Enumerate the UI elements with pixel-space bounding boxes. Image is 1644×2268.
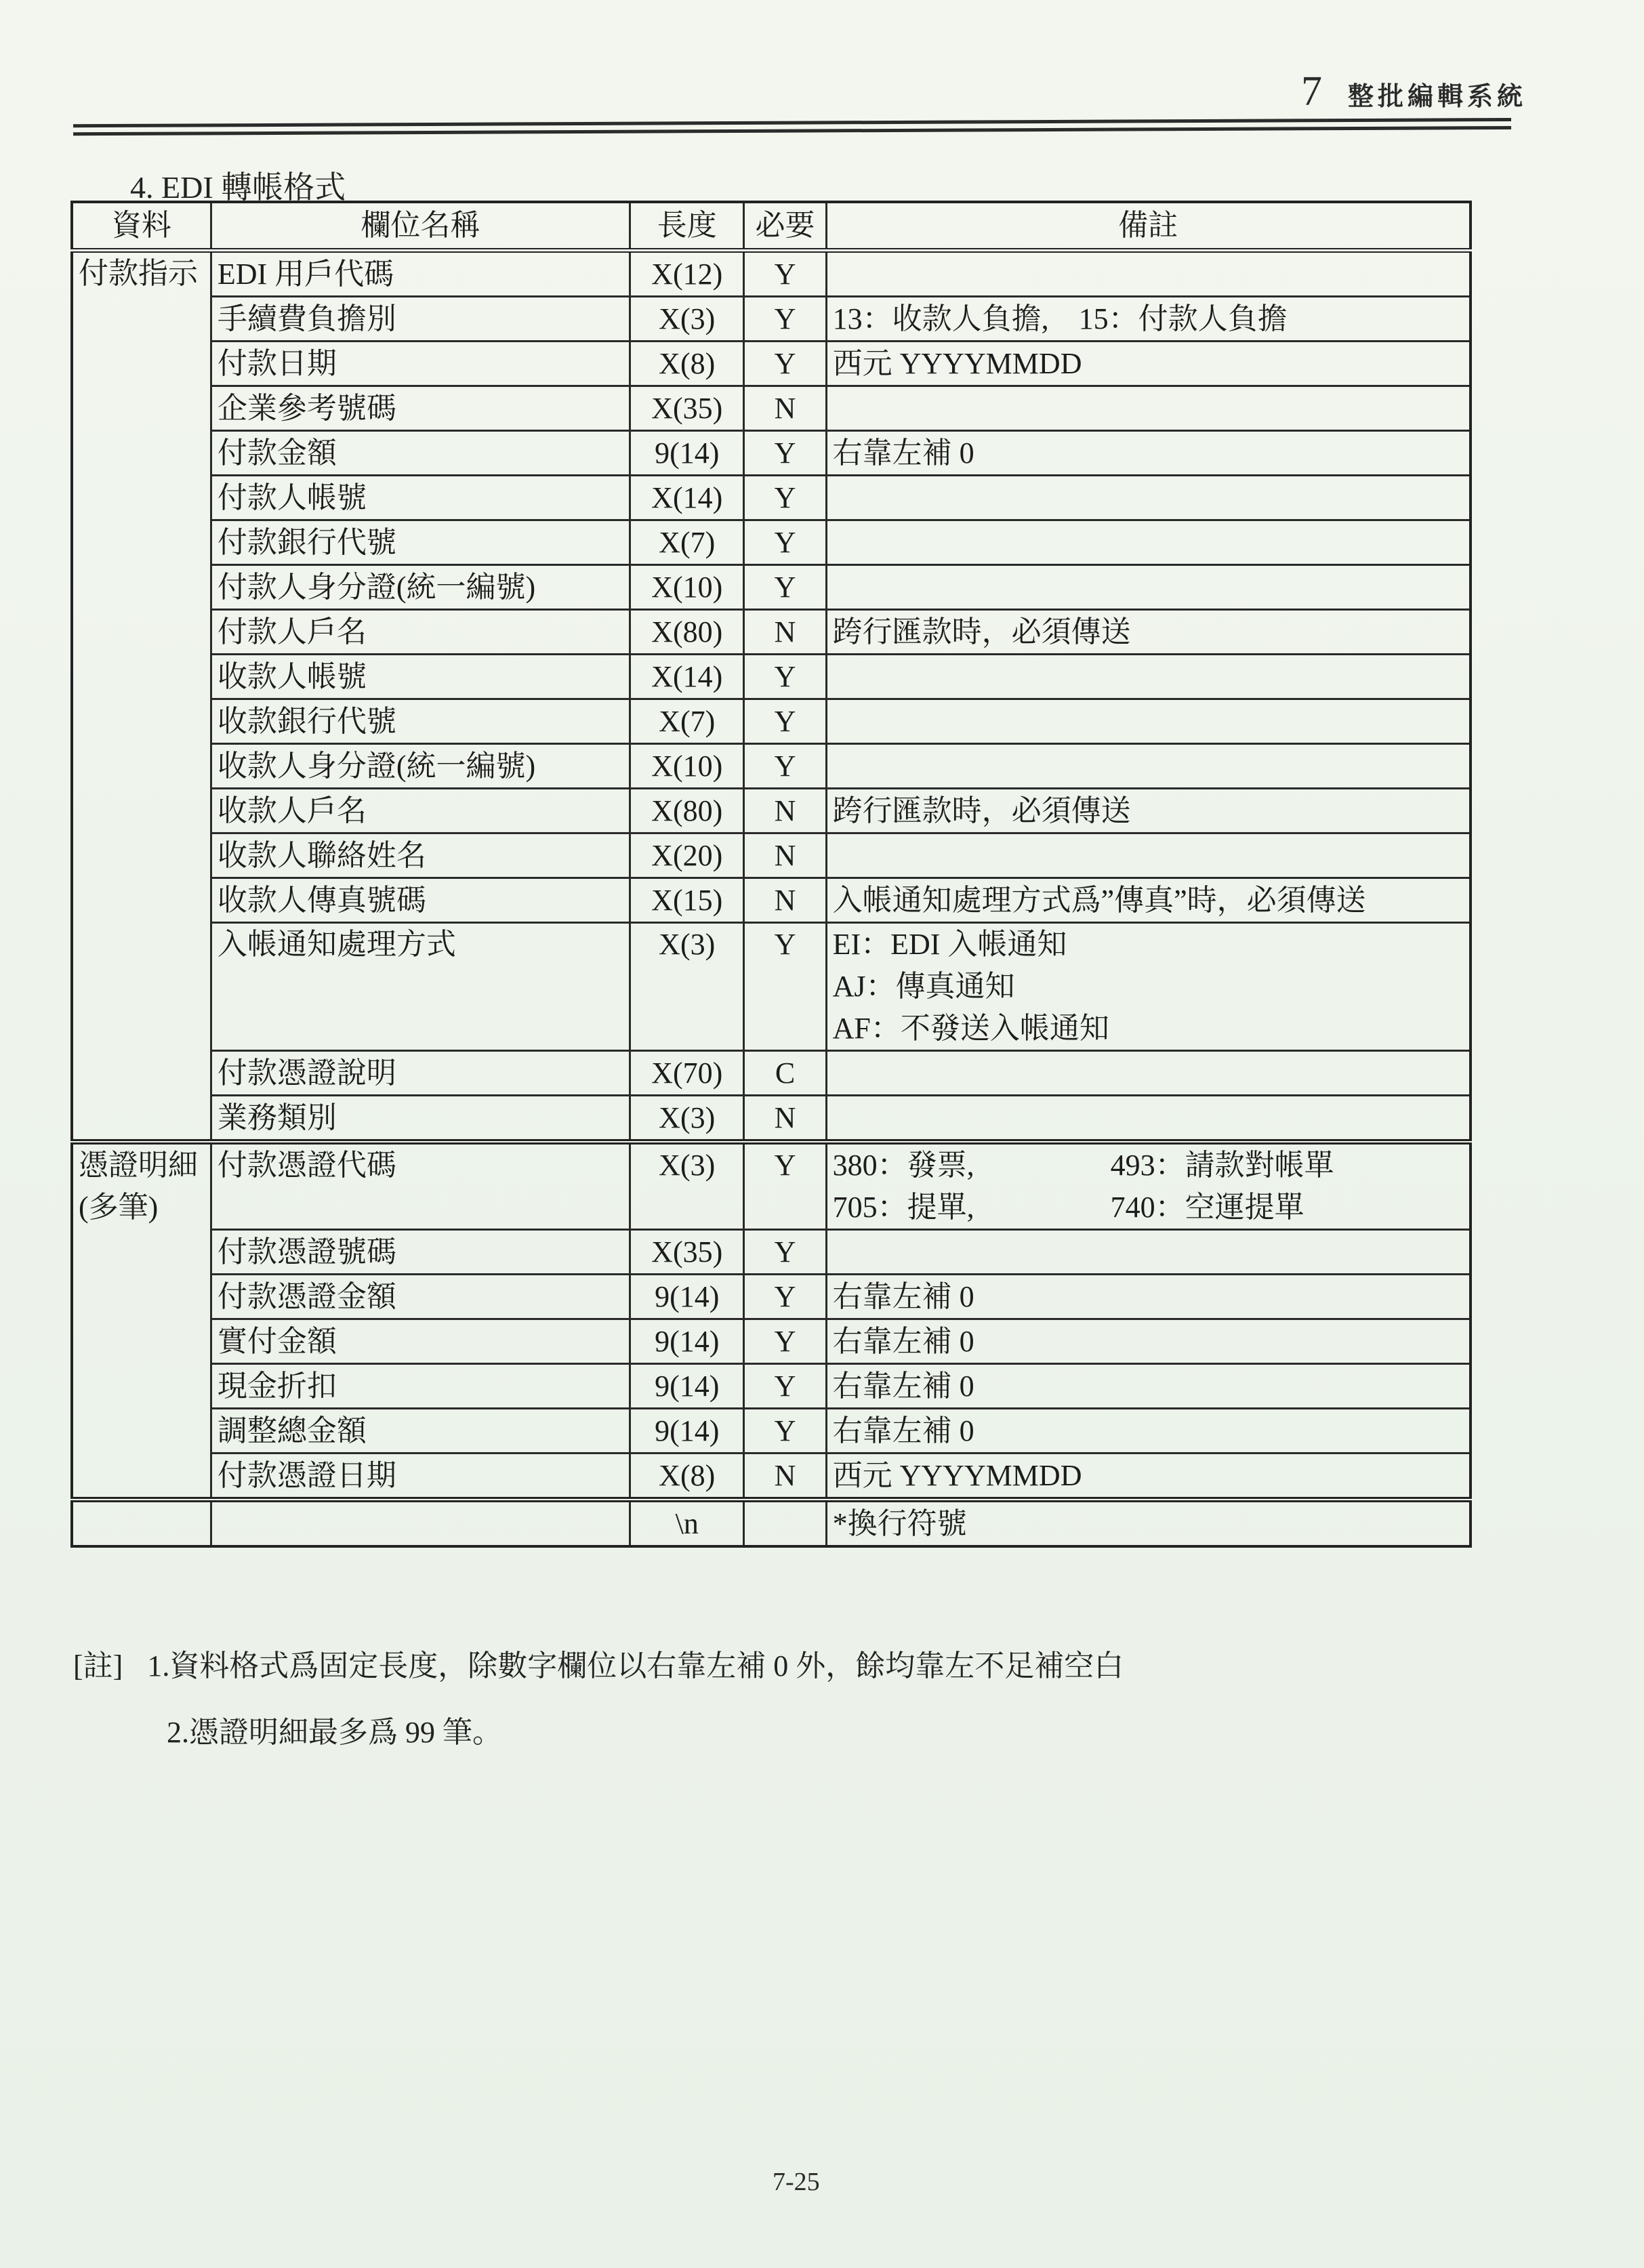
length-cell: X(7) bbox=[630, 699, 744, 744]
table-row: 收款人傳真號碼X(15)N入帳通知處理方式爲”傳真”時，必須傳送 bbox=[72, 878, 1471, 923]
length-cell: X(3) bbox=[630, 1096, 744, 1142]
field-name-cell: 企業參考號碼 bbox=[211, 386, 630, 431]
table-row: 付款人身分證(統一編號)X(10)Y bbox=[72, 565, 1471, 610]
document-page: 7 整批編輯系統 4. EDI 轉帳格式 資料 欄位名稱 長度 必要 備註 付款… bbox=[0, 0, 1644, 2268]
note-pair: 705：提單,740：空運提單 bbox=[833, 1187, 1464, 1229]
note-text: *換行符號 bbox=[833, 1503, 1464, 1545]
table-row: 企業參考號碼X(35)N bbox=[72, 386, 1471, 431]
length-cell: 9(14) bbox=[630, 1364, 744, 1409]
note-text: 跨行匯款時，必須傳送 bbox=[833, 790, 1464, 832]
length-cell: X(15) bbox=[630, 878, 744, 923]
length-cell: X(10) bbox=[630, 744, 744, 789]
table-row: 收款人帳號X(14)Y bbox=[72, 655, 1471, 699]
field-name-cell: 付款人身分證(統一編號) bbox=[211, 565, 630, 610]
table-header-row: 資料 欄位名稱 長度 必要 備註 bbox=[72, 202, 1471, 251]
field-name-cell: 現金折扣 bbox=[211, 1364, 630, 1409]
table-row: 收款人聯絡姓名X(20)N bbox=[72, 833, 1471, 878]
notes-cell: 右靠左補 0 bbox=[826, 1275, 1471, 1319]
field-name-cell bbox=[211, 1500, 630, 1546]
length-cell: X(14) bbox=[630, 476, 744, 520]
note-text: 跨行匯款時，必須傳送 bbox=[833, 611, 1464, 653]
field-name-cell: 調整總金額 bbox=[211, 1409, 630, 1453]
length-cell: \n bbox=[630, 1500, 744, 1546]
field-name-cell: 手續費負擔別 bbox=[211, 297, 630, 342]
field-name-cell: 收款人傳真號碼 bbox=[211, 878, 630, 923]
field-name-cell: 收款人身分證(統一編號) bbox=[211, 744, 630, 789]
footnote-2: 2.憑證明細最多爲 99 筆。 bbox=[167, 1708, 502, 1751]
field-name-cell: 收款銀行代號 bbox=[211, 699, 630, 744]
required-cell: N bbox=[744, 1096, 826, 1142]
required-cell: N bbox=[744, 1453, 826, 1500]
field-name-cell: EDI 用戶代碼 bbox=[211, 251, 630, 297]
table-row: 調整總金額9(14)Y右靠左補 0 bbox=[72, 1409, 1471, 1453]
notes-cell bbox=[826, 251, 1471, 297]
header-rule-bottom bbox=[73, 126, 1511, 136]
notes-cell bbox=[826, 1230, 1471, 1275]
table-row: 付款金額9(14)Y右靠左補 0 bbox=[72, 431, 1471, 476]
column-header-required: 必要 bbox=[744, 202, 826, 251]
notes-cell bbox=[826, 744, 1471, 789]
field-name-cell: 入帳通知處理方式 bbox=[211, 923, 630, 1051]
column-header-field-name: 欄位名稱 bbox=[211, 202, 630, 251]
length-cell: 9(14) bbox=[630, 1409, 744, 1453]
note-text: 右靠左補 0 bbox=[833, 1410, 1464, 1452]
field-name-cell: 付款金額 bbox=[211, 431, 630, 476]
required-cell bbox=[744, 1500, 826, 1546]
notes-cell bbox=[826, 386, 1471, 431]
notes-cell bbox=[826, 520, 1471, 565]
notes-cell: 右靠左補 0 bbox=[826, 1364, 1471, 1409]
table-row: 收款人身分證(統一編號)X(10)Y bbox=[72, 744, 1471, 789]
note-text: 493：請款對帳單 bbox=[1111, 1145, 1464, 1187]
field-name-cell: 付款人帳號 bbox=[211, 476, 630, 520]
footnote-tag: [註] bbox=[73, 1649, 123, 1683]
note-text: 右靠左補 0 bbox=[833, 1321, 1464, 1363]
notes-cell: 跨行匯款時，必須傳送 bbox=[826, 610, 1471, 655]
field-name-cell: 收款人戶名 bbox=[211, 789, 630, 833]
notes-cell: 西元 YYYYMMDD bbox=[826, 342, 1471, 386]
notes-cell: 西元 YYYYMMDD bbox=[826, 1453, 1471, 1500]
required-cell: Y bbox=[744, 1230, 826, 1275]
required-cell: Y bbox=[744, 655, 826, 699]
length-cell: X(8) bbox=[630, 1453, 744, 1500]
note-text: 右靠左補 0 bbox=[833, 1365, 1464, 1407]
table-row: 收款銀行代號X(7)Y bbox=[72, 699, 1471, 744]
chapter-number: 7 bbox=[1301, 68, 1322, 116]
notes-cell: 入帳通知處理方式爲”傳真”時，必須傳送 bbox=[826, 878, 1471, 923]
field-name-cell: 收款人聯絡姓名 bbox=[211, 833, 630, 878]
field-name-cell: 付款人戶名 bbox=[211, 610, 630, 655]
note-text: 入帳通知處理方式爲”傳真”時，必須傳送 bbox=[833, 880, 1464, 922]
notes-cell bbox=[826, 565, 1471, 610]
field-name-cell: 付款憑證日期 bbox=[211, 1453, 630, 1500]
notes-cell bbox=[826, 1051, 1471, 1096]
footnote-text: 2.憑證明細最多爲 99 筆。 bbox=[167, 1716, 502, 1749]
notes-cell: EI：EDI 入帳通知AJ：傳真通知AF：不發送入帳通知 bbox=[826, 923, 1471, 1051]
table-row: 付款日期X(8)Y西元 YYYYMMDD bbox=[72, 342, 1471, 386]
notes-cell: 380：發票,493：請款對帳單705：提單,740：空運提單 bbox=[826, 1142, 1471, 1230]
required-cell: N bbox=[744, 610, 826, 655]
length-cell: X(3) bbox=[630, 923, 744, 1051]
notes-cell bbox=[826, 833, 1471, 878]
required-cell: Y bbox=[744, 1409, 826, 1453]
chapter-title: 整批編輯系統 bbox=[1348, 75, 1527, 112]
table-row: 付款人戶名X(80)N跨行匯款時，必須傳送 bbox=[72, 610, 1471, 655]
required-cell: Y bbox=[744, 699, 826, 744]
required-cell: Y bbox=[744, 923, 826, 1051]
note-text: 西元 YYYYMMDD bbox=[833, 1455, 1464, 1497]
table-row: 付款憑證號碼X(35)Y bbox=[72, 1230, 1471, 1275]
table-row: 付款銀行代號X(7)Y bbox=[72, 520, 1471, 565]
group-label: 付款指示 bbox=[72, 251, 211, 1142]
length-cell: X(7) bbox=[630, 520, 744, 565]
column-header-notes: 備註 bbox=[826, 202, 1471, 251]
length-cell: X(20) bbox=[630, 833, 744, 878]
required-cell: Y bbox=[744, 744, 826, 789]
required-cell: N bbox=[744, 789, 826, 833]
table-row: 收款人戶名X(80)N跨行匯款時，必須傳送 bbox=[72, 789, 1471, 833]
field-name-cell: 業務類別 bbox=[211, 1096, 630, 1142]
required-cell: Y bbox=[744, 431, 826, 476]
required-cell: Y bbox=[744, 1319, 826, 1364]
required-cell: Y bbox=[744, 1364, 826, 1409]
length-cell: X(14) bbox=[630, 655, 744, 699]
required-cell: C bbox=[744, 1051, 826, 1096]
required-cell: Y bbox=[744, 251, 826, 297]
length-cell: 9(14) bbox=[630, 1275, 744, 1319]
notes-cell: 右靠左補 0 bbox=[826, 431, 1471, 476]
note-text: 380：發票, bbox=[833, 1145, 1111, 1187]
column-header-data: 資料 bbox=[72, 202, 211, 251]
length-cell: X(70) bbox=[630, 1051, 744, 1096]
length-cell: X(35) bbox=[630, 1230, 744, 1275]
note-text: AF：不發送入帳通知 bbox=[833, 1008, 1464, 1050]
note-text: 13：收款人負擔, 15：付款人負擔 bbox=[833, 298, 1464, 340]
table-row: 付款憑證金額9(14)Y右靠左補 0 bbox=[72, 1275, 1471, 1319]
table-row: 付款憑證日期X(8)N西元 YYYYMMDD bbox=[72, 1453, 1471, 1500]
field-name-cell: 付款銀行代號 bbox=[211, 520, 630, 565]
length-cell: 9(14) bbox=[630, 1319, 744, 1364]
page-number: 7-25 bbox=[773, 2167, 820, 2197]
table-row: \n*換行符號 bbox=[72, 1500, 1471, 1546]
note-text: 740：空運提單 bbox=[1111, 1187, 1464, 1229]
table-row: 業務類別X(3)N bbox=[72, 1096, 1471, 1142]
table-row: 入帳通知處理方式X(3)YEI：EDI 入帳通知AJ：傳真通知AF：不發送入帳通… bbox=[72, 923, 1471, 1051]
table-row: 付款指示EDI 用戶代碼X(12)Y bbox=[72, 251, 1471, 297]
note-text: 右靠左補 0 bbox=[833, 432, 1464, 474]
group-label bbox=[72, 1500, 211, 1546]
note-text: 705：提單, bbox=[833, 1187, 1111, 1229]
required-cell: Y bbox=[744, 520, 826, 565]
required-cell: N bbox=[744, 878, 826, 923]
table-row: 付款人帳號X(14)Y bbox=[72, 476, 1471, 520]
notes-cell bbox=[826, 699, 1471, 744]
field-name-cell: 付款日期 bbox=[211, 342, 630, 386]
required-cell: Y bbox=[744, 565, 826, 610]
note-text: EI：EDI 入帳通知 bbox=[833, 924, 1464, 966]
required-cell: Y bbox=[744, 476, 826, 520]
required-cell: Y bbox=[744, 297, 826, 342]
field-name-cell: 付款憑證金額 bbox=[211, 1275, 630, 1319]
field-name-cell: 收款人帳號 bbox=[211, 655, 630, 699]
field-name-cell: 付款憑證說明 bbox=[211, 1051, 630, 1096]
field-name-cell: 付款憑證代碼 bbox=[211, 1142, 630, 1230]
required-cell: Y bbox=[744, 1142, 826, 1230]
notes-cell bbox=[826, 655, 1471, 699]
notes-cell: 右靠左補 0 bbox=[826, 1409, 1471, 1453]
group-label: 憑證明細(多筆) bbox=[72, 1142, 211, 1500]
group-label-line: 憑證明細 bbox=[79, 1145, 205, 1187]
table-row: 手續費負擔別X(3)Y13：收款人負擔, 15：付款人負擔 bbox=[72, 297, 1471, 342]
length-cell: X(3) bbox=[630, 297, 744, 342]
table-row: 付款憑證說明X(70)C bbox=[72, 1051, 1471, 1096]
length-cell: X(35) bbox=[630, 386, 744, 431]
note-text: AJ：傳真通知 bbox=[833, 966, 1464, 1008]
group-label-line: (多筆) bbox=[79, 1187, 205, 1229]
length-cell: X(10) bbox=[630, 565, 744, 610]
required-cell: Y bbox=[744, 342, 826, 386]
note-text: 右靠左補 0 bbox=[833, 1276, 1464, 1318]
notes-cell: 右靠左補 0 bbox=[826, 1319, 1471, 1364]
notes-cell bbox=[826, 476, 1471, 520]
header-rule-top bbox=[73, 118, 1511, 127]
running-header: 7 整批編輯系統 bbox=[1301, 68, 1527, 116]
required-cell: N bbox=[744, 833, 826, 878]
footnote-1: [註]1.資料格式爲固定長度，除數字欄位以右靠左補 0 外，餘均靠左不足補空白 bbox=[73, 1641, 1124, 1685]
required-cell: Y bbox=[744, 1275, 826, 1319]
column-header-length: 長度 bbox=[630, 202, 744, 251]
length-cell: 9(14) bbox=[630, 431, 744, 476]
length-cell: X(3) bbox=[630, 1142, 744, 1230]
edi-format-table: 資料 欄位名稱 長度 必要 備註 付款指示EDI 用戶代碼X(12)Y手續費負擔… bbox=[70, 201, 1472, 1548]
required-cell: N bbox=[744, 386, 826, 431]
length-cell: X(12) bbox=[630, 251, 744, 297]
notes-cell: 13：收款人負擔, 15：付款人負擔 bbox=[826, 297, 1471, 342]
table-row: 實付金額9(14)Y右靠左補 0 bbox=[72, 1319, 1471, 1364]
notes-cell: *換行符號 bbox=[826, 1500, 1471, 1546]
length-cell: X(80) bbox=[630, 610, 744, 655]
field-name-cell: 實付金額 bbox=[211, 1319, 630, 1364]
note-pair: 380：發票,493：請款對帳單 bbox=[833, 1145, 1464, 1187]
table-row: 憑證明細(多筆)付款憑證代碼X(3)Y380：發票,493：請款對帳單705：提… bbox=[72, 1142, 1471, 1230]
table-row: 現金折扣9(14)Y右靠左補 0 bbox=[72, 1364, 1471, 1409]
field-name-cell: 付款憑證號碼 bbox=[211, 1230, 630, 1275]
footnote-text: 1.資料格式爲固定長度，除數字欄位以右靠左補 0 外，餘均靠左不足補空白 bbox=[147, 1649, 1124, 1683]
length-cell: X(8) bbox=[630, 342, 744, 386]
notes-cell: 跨行匯款時，必須傳送 bbox=[826, 789, 1471, 833]
length-cell: X(80) bbox=[630, 789, 744, 833]
notes-cell bbox=[826, 1096, 1471, 1142]
note-text: 西元 YYYYMMDD bbox=[833, 343, 1464, 385]
